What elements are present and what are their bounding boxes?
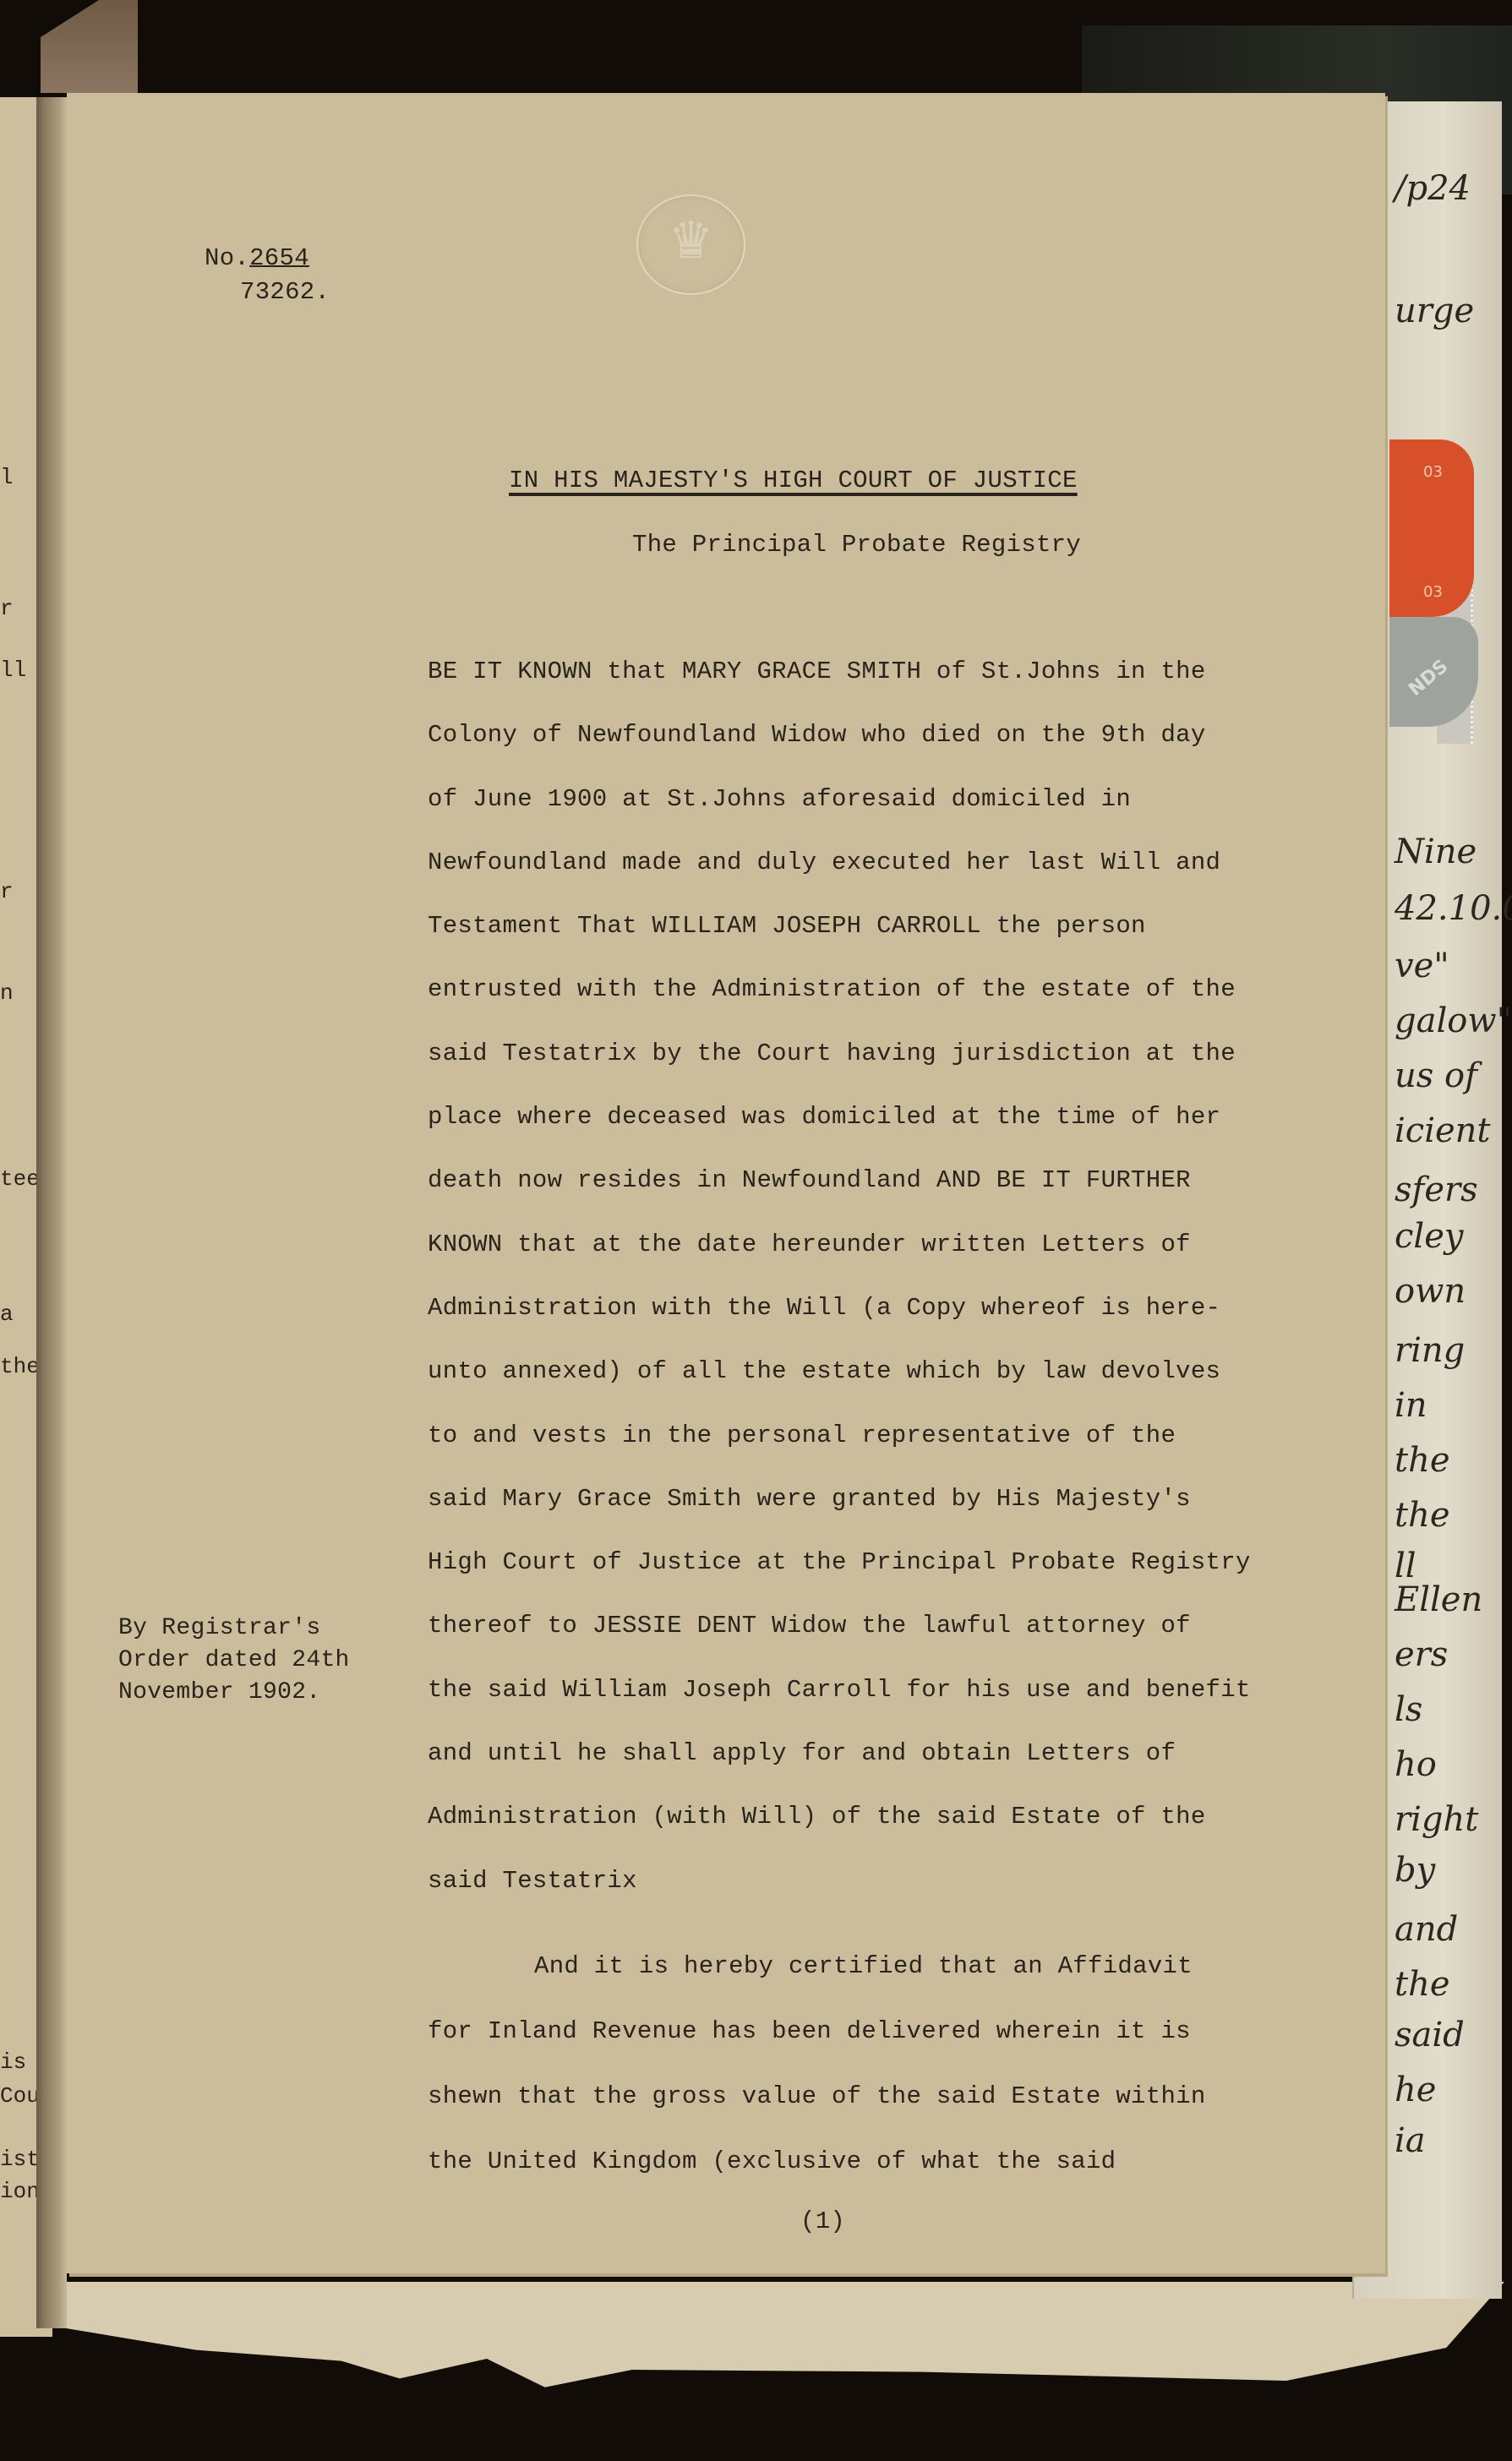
text-line: Administration with the Will (a Copy whe… <box>428 1294 1374 1357</box>
text-line: BE IT KNOWN that MARY GRACE SMITH of St.… <box>428 658 1374 721</box>
background-paper-flap <box>41 0 138 93</box>
text-line: said Mary Grace Smith were granted by Hi… <box>428 1485 1374 1548</box>
left-page-fragment: a <box>0 1301 14 1327</box>
left-page-fragment: ll <box>0 658 26 683</box>
left-page-fragment: n <box>0 980 14 1006</box>
text-line: thereof to JESSIE DENT Widow the lawful … <box>428 1612 1374 1675</box>
reference-number: 73262. <box>205 276 330 309</box>
grant-paragraph: BE IT KNOWN that MARY GRACE SMITH of St.… <box>428 658 1374 1930</box>
handwriting-fragment: cley <box>1395 1217 1463 1256</box>
text-line: said Testatrix by the Court having juris… <box>428 1040 1374 1103</box>
text-line: of June 1900 at St.Johns aforesaid domic… <box>428 785 1374 849</box>
registrar-margin-note: By Registrar's Order dated 24th November… <box>118 1612 350 1709</box>
handwriting-fragment: ho <box>1395 1745 1437 1784</box>
handwriting-fragment: the <box>1395 1965 1450 2004</box>
text-line: to and vests in the personal representat… <box>428 1421 1374 1485</box>
note-line: November 1902. <box>118 1677 350 1709</box>
handwriting-fragment: sfers <box>1395 1170 1478 1209</box>
embossed-royal-seal-icon <box>636 194 745 295</box>
left-page-fragment: the <box>0 1354 40 1379</box>
text-line: And it is hereby certified that an Affid… <box>428 1952 1374 2017</box>
registry-subtitle: The Principal Probate Registry <box>632 531 1081 559</box>
text-line: and until he shall apply for and obtain … <box>428 1739 1374 1803</box>
page-number: (1) <box>800 2207 845 2235</box>
underlying-pages-bottom-edge <box>51 2282 1504 2392</box>
left-page-fragment: is <box>0 2049 26 2075</box>
text-line: death now resides in Newfoundland AND BE… <box>428 1166 1374 1230</box>
number-label: No. <box>205 244 249 272</box>
book-gutter <box>36 97 67 2328</box>
handwriting-fragment: galow" <box>1395 1001 1512 1040</box>
stamp-text: NDS <box>1405 656 1452 701</box>
handwriting-fragment: Ellen <box>1395 1580 1482 1619</box>
handwriting-fragment: the <box>1395 1496 1450 1535</box>
text-line: shewn that the gross value of the said E… <box>428 2082 1374 2147</box>
text-line: entrusted with the Administration of the… <box>428 975 1374 1039</box>
text-line: KNOWN that at the date hereunder written… <box>428 1230 1374 1294</box>
text-line: the said William Joseph Carroll for his … <box>428 1676 1374 1739</box>
handwriting-fragment: ls <box>1395 1690 1422 1729</box>
handwriting-fragment: own <box>1395 1272 1466 1311</box>
left-page-fragment: ion <box>0 2179 40 2204</box>
text-line: Administration (with Will) of the said E… <box>428 1803 1374 1866</box>
handwriting-fragment: said <box>1395 2016 1465 2054</box>
text-line: said Testatrix <box>428 1867 1374 1930</box>
text-line: place where deceased was domiciled at th… <box>428 1103 1374 1166</box>
note-line: By Registrar's <box>118 1612 350 1645</box>
handwriting-fragment: by <box>1395 1851 1435 1890</box>
handwriting-fragment: icient <box>1395 1111 1491 1150</box>
revenue-stamp-grey: NDS <box>1389 617 1478 727</box>
handwriting-fragment: urge <box>1395 292 1474 330</box>
left-page-fragment: l <box>0 465 14 490</box>
left-page-fragment: tee <box>0 1166 40 1192</box>
handwriting-fragment: ve" <box>1395 947 1449 985</box>
handwriting-fragment: Nine <box>1395 832 1477 871</box>
handwriting-fragment: he <box>1395 2071 1436 2109</box>
text-line: Testament That WILLIAM JOSEPH CARROLL th… <box>428 912 1374 975</box>
stamp-numeral: 03 <box>1423 583 1443 601</box>
handwriting-fragment: /p24 <box>1395 169 1471 208</box>
handwriting-fragment: right <box>1395 1800 1478 1839</box>
affidavit-paragraph: And it is hereby certified that an Affid… <box>428 1952 1374 2213</box>
text-line: for Inland Revenue has been delivered wh… <box>428 2017 1374 2082</box>
handwriting-fragment: ring <box>1395 1331 1465 1370</box>
left-page-fragment: r <box>0 879 14 904</box>
handwriting-fragment: ers <box>1395 1635 1448 1674</box>
text-line: Colony of Newfoundland Widow who died on… <box>428 721 1374 784</box>
handwriting-fragment: in <box>1395 1386 1427 1425</box>
text-line: High Court of Justice at the Principal P… <box>428 1548 1374 1612</box>
page-title: IN HIS MAJESTY'S HIGH COURT OF JUSTICE <box>509 467 1078 494</box>
handwriting-fragment: us of <box>1395 1056 1477 1095</box>
handwriting-fragment: and <box>1395 1910 1458 1949</box>
revenue-stamp-red: 03 03 <box>1389 439 1474 617</box>
text-line: unto annexed) of all the estate which by… <box>428 1357 1374 1421</box>
left-page-fragment: r <box>0 596 14 621</box>
handwriting-fragment: 42.10.0) <box>1395 889 1512 928</box>
number-value: 2654 <box>249 244 309 272</box>
text-line: the United Kingdom (exclusive of what th… <box>428 2147 1374 2213</box>
handwriting-fragment: ia <box>1395 2121 1426 2160</box>
handwriting-fragment: the <box>1395 1441 1450 1480</box>
note-line: Order dated 24th <box>118 1645 350 1677</box>
text-line: Newfoundland made and duly executed her … <box>428 849 1374 912</box>
stamp-numeral: 03 <box>1423 463 1443 481</box>
document-number: No.2654 73262. <box>205 242 330 309</box>
